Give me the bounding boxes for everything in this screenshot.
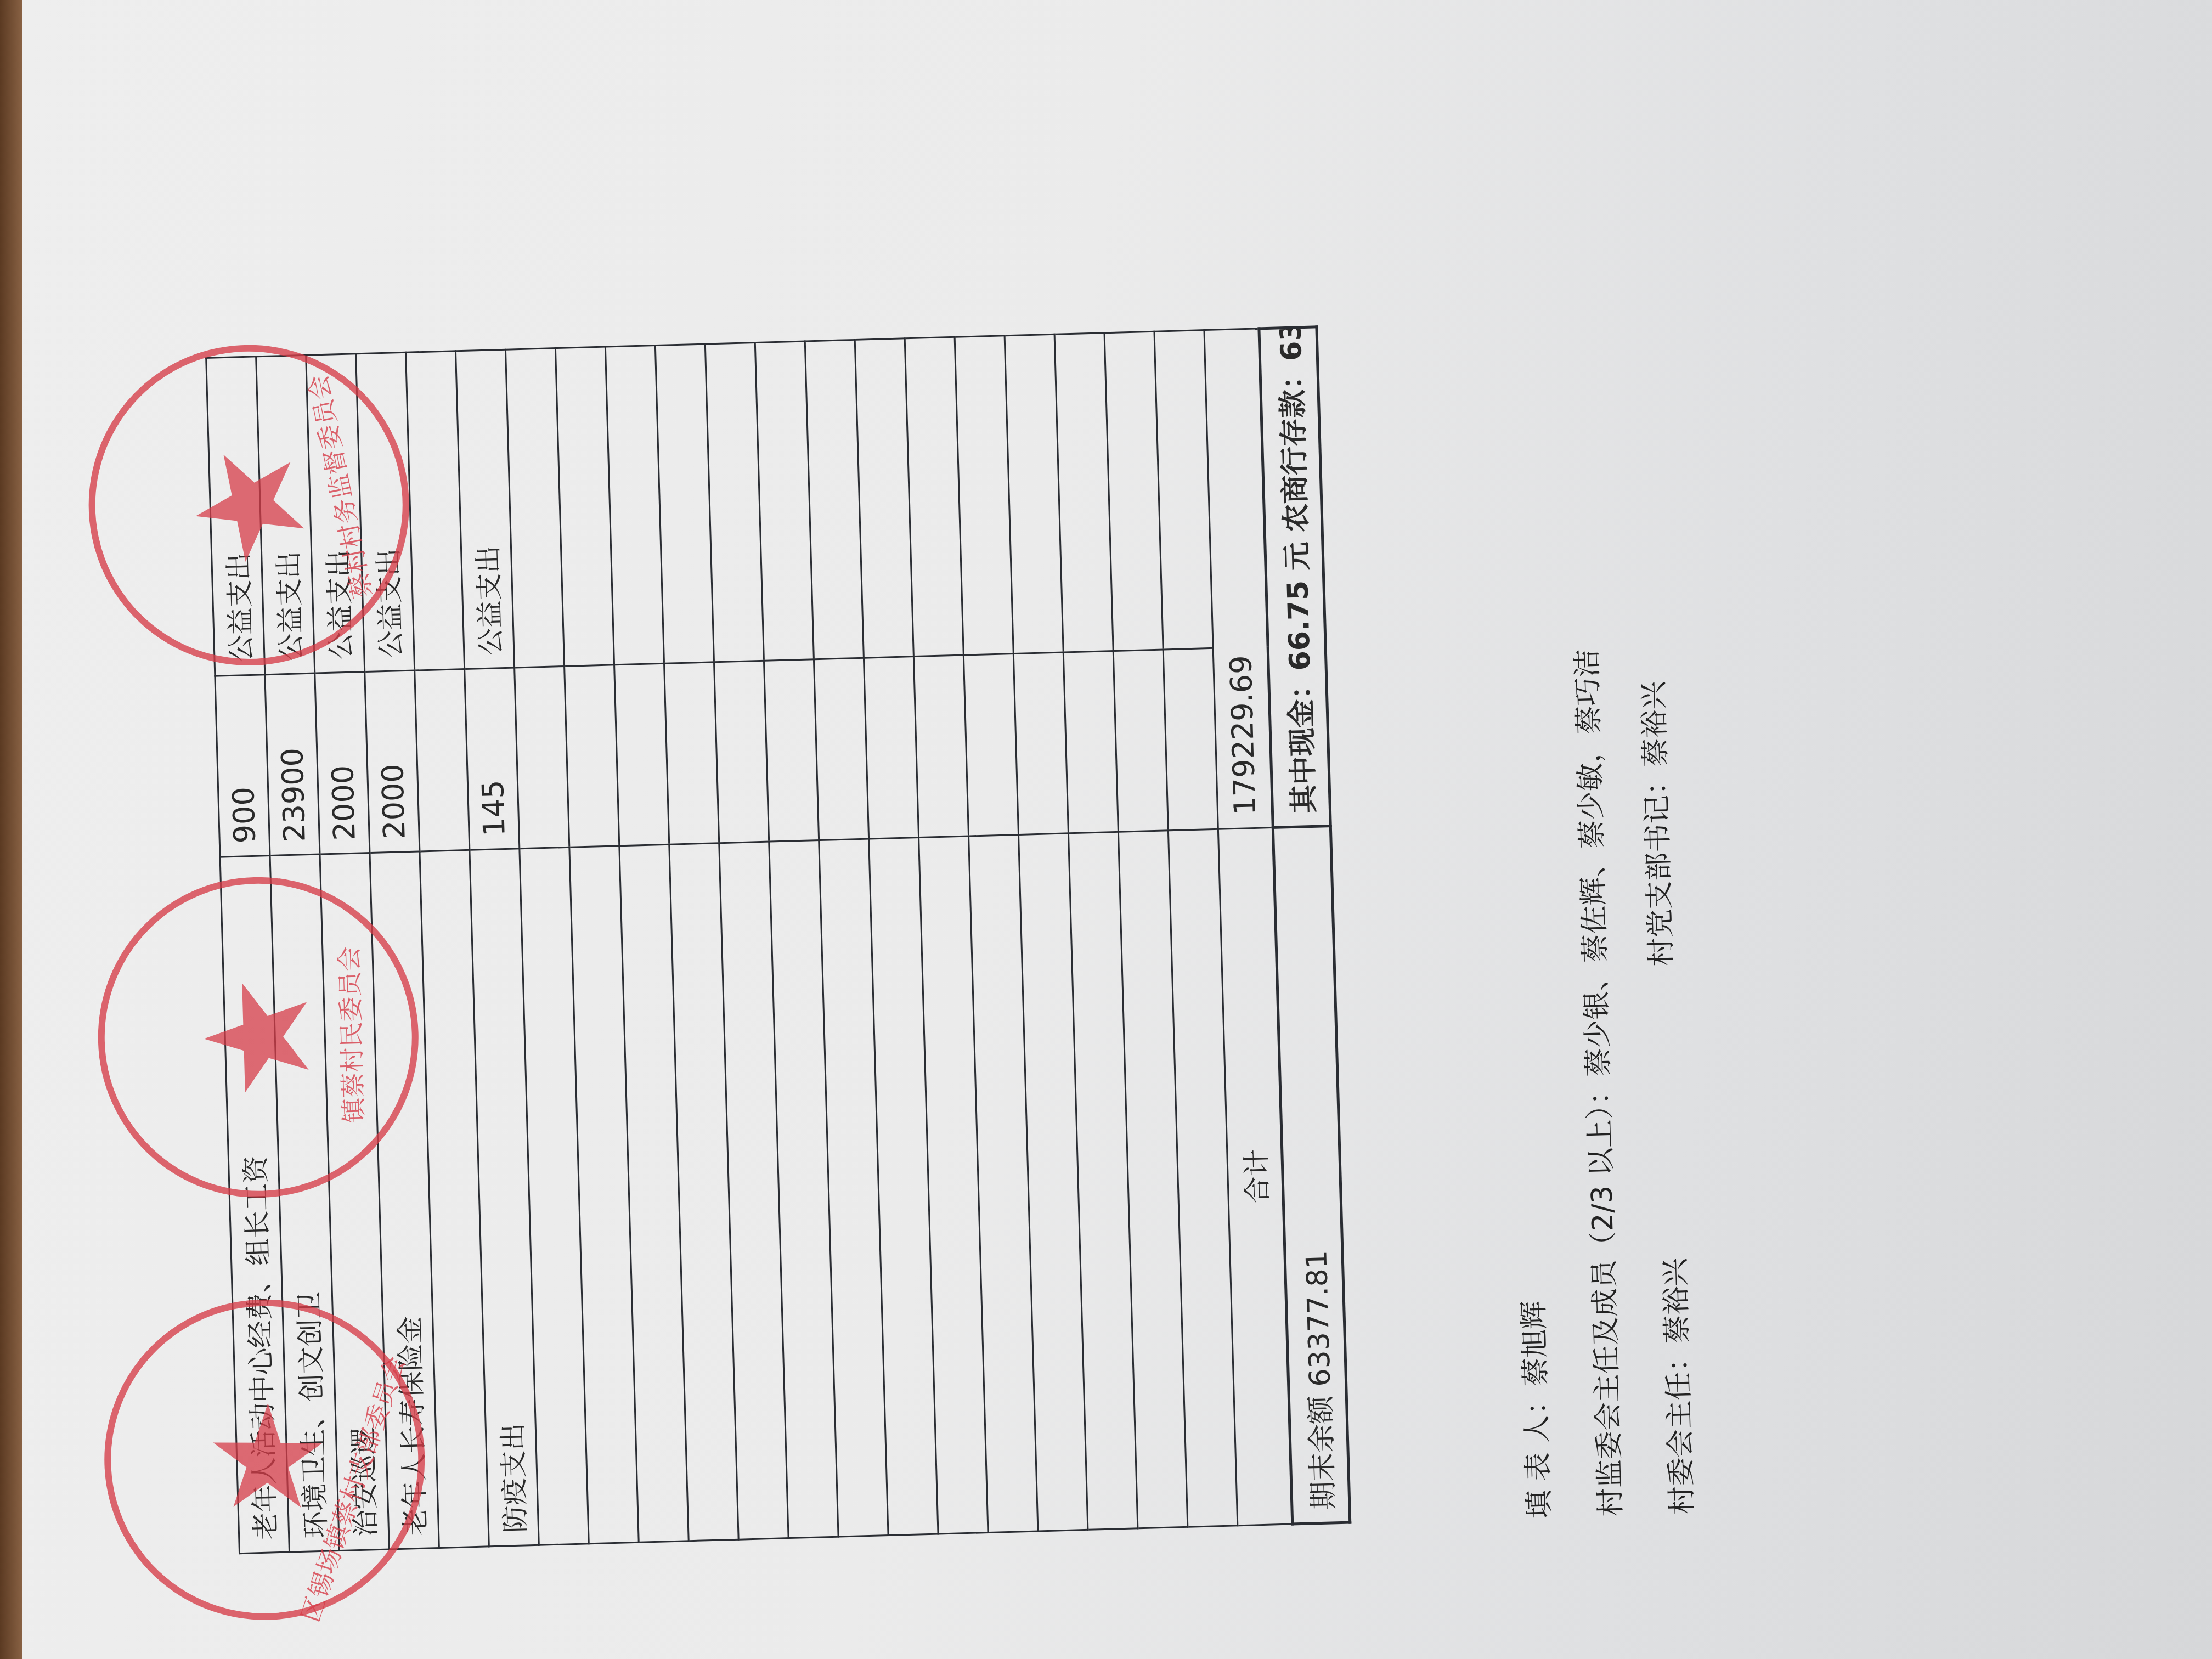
category-cell bbox=[755, 341, 814, 661]
signature-block: 填 表 人：蔡旭辉 村监委会主任及成员（2/3 以上）：蔡少银、蔡佐辉、蔡少敏，… bbox=[1483, 313, 1516, 1519]
category-cell bbox=[955, 336, 1013, 655]
amount-cell bbox=[515, 666, 569, 848]
amount-cell bbox=[764, 659, 819, 842]
category-cell bbox=[655, 344, 714, 663]
stamp-text: 镇蔡村民委员会 bbox=[328, 881, 373, 1189]
category-cell: 公益支出 bbox=[455, 349, 514, 669]
amount-cell bbox=[1013, 652, 1068, 834]
committee-director-line: 村委会主任：蔡裕兴 bbox=[1652, 1257, 1700, 1515]
supervisors-line: 村监委会主任及成员（2/3 以上）：蔡少银、蔡佐辉、蔡少敏，蔡巧洁 bbox=[1564, 648, 1629, 1517]
category-cell bbox=[905, 337, 963, 656]
amount-cell: 900 bbox=[215, 675, 270, 857]
amount-cell bbox=[714, 661, 769, 843]
category-cell bbox=[1154, 330, 1213, 650]
category-cell bbox=[555, 347, 614, 666]
star-icon: ★ bbox=[166, 428, 332, 583]
category-cell bbox=[505, 348, 564, 668]
category-cell bbox=[805, 340, 864, 659]
amount-cell: 2000 bbox=[365, 670, 420, 853]
amount-cell bbox=[963, 654, 1018, 836]
category-cell bbox=[1005, 334, 1063, 653]
amount-cell bbox=[913, 655, 968, 837]
amount-cell bbox=[415, 669, 470, 851]
amount-cell bbox=[1113, 650, 1168, 832]
category-cell bbox=[406, 351, 465, 670]
amount-cell bbox=[565, 665, 619, 847]
amount-cell bbox=[614, 663, 669, 845]
amount-cell: 145 bbox=[465, 668, 520, 850]
amount-cell bbox=[1163, 648, 1218, 830]
category-cell bbox=[605, 346, 664, 665]
amount-cell bbox=[1063, 651, 1118, 833]
amount-cell bbox=[814, 658, 868, 840]
printed-form: 老年人活动中心经费、组长工资900公益支出环境卫生、创文创卫23900公益支出治… bbox=[199, 82, 1533, 1555]
category-cell bbox=[1054, 333, 1113, 652]
party-secretary-line: 村党支部书记：蔡裕兴 bbox=[1630, 681, 1679, 967]
amount-cell: 2000 bbox=[315, 672, 370, 854]
category-cell bbox=[705, 342, 764, 662]
category-cell bbox=[855, 338, 913, 658]
paper-sheet: 老年人活动中心经费、组长工资900公益支出环境卫生、创文创卫23900公益支出治… bbox=[22, 0, 2212, 1659]
amount-cell bbox=[864, 657, 918, 839]
amount-cell bbox=[664, 662, 719, 844]
amount-cell: 23900 bbox=[265, 673, 320, 855]
preparer-line: 填 表 人：蔡旭辉 bbox=[1510, 1300, 1558, 1519]
star-icon: ★ bbox=[185, 972, 331, 1103]
category-cell bbox=[1104, 331, 1163, 651]
